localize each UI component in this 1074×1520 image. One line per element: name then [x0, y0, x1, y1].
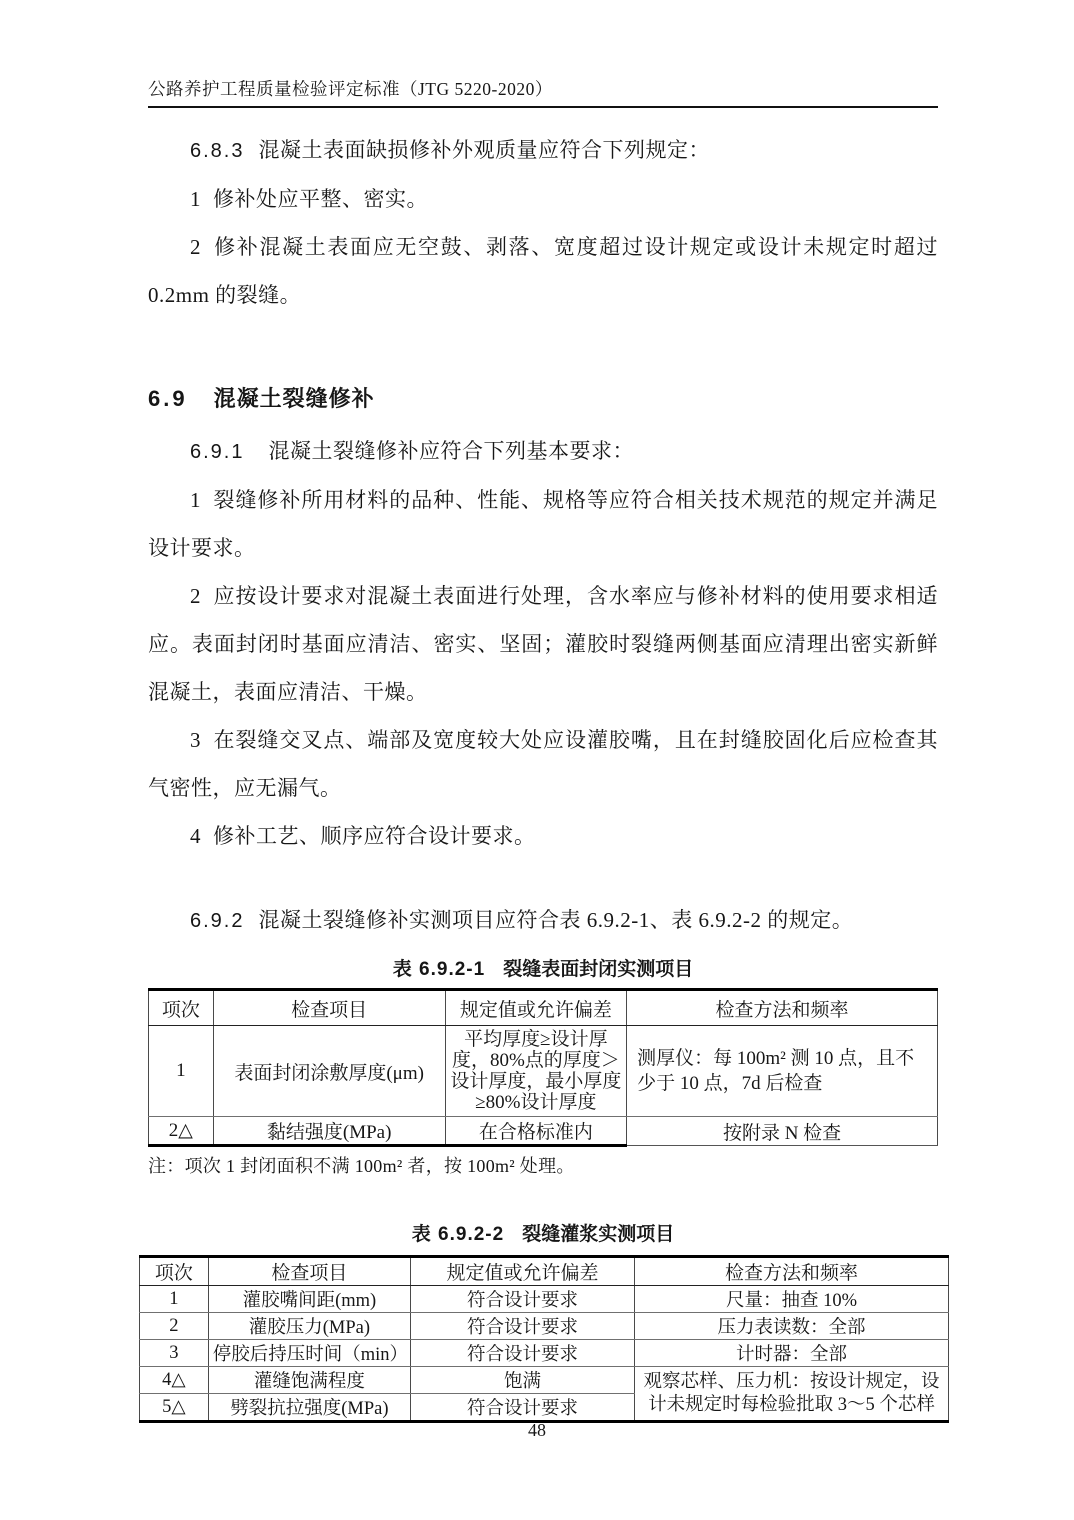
item-6-9-1-4: 4修补工艺、顺序应符合设计要求。 [148, 812, 938, 860]
table-crack-grouting: 项次 检查项目 规定值或允许偏差 检查方法和频率 1 灌胶嘴间距(mm) 符合设… [139, 1255, 949, 1423]
clause-text: 混凝土裂缝修补实测项目应符合表 6.9.2-1、表 6.9.2-2 的规定。 [258, 908, 853, 932]
header-title: 公路养护工程质量检验评定标准（JTG 5220-2020） [148, 79, 553, 99]
item-6-9-1-3: 3在裂缝交叉点、端部及宽度较大处应设灌胶嘴，且在封缝胶固化后应检查其气密性，应无… [148, 716, 938, 812]
page-content: 6.8.3混凝土表面缺损修补外观质量应符合下列规定： 1修补处应平整、密实。 2… [148, 100, 938, 1423]
cell-spec: 符合设计要求 [411, 1286, 635, 1313]
table-row: 4△ 灌缝饱满程度 饱满 观察芯样、压力机：按设计规定，设计未规定时每检验批取 … [140, 1367, 949, 1394]
col-header-item-no: 项次 [140, 1257, 209, 1286]
cell-spec: 在合格标准内 [445, 1117, 626, 1146]
cell-item-no: 4△ [140, 1367, 209, 1394]
cell-check-item: 灌缝饱满程度 [208, 1367, 410, 1394]
table-1-caption: 表 6.9.2-1裂缝表面封闭实测项目 [148, 957, 938, 983]
cell-check-item: 表面封闭涂敷厚度(μm) [213, 1026, 445, 1117]
table-2-caption-title: 裂缝灌浆实测项目 [522, 1224, 674, 1245]
col-header-method: 检查方法和频率 [635, 1257, 949, 1286]
item-6-8-3-2: 2修补混凝土表面应无空鼓、剥落、宽度超过设计规定或设计未规定时超过 0.2mm … [148, 223, 938, 319]
table-1-caption-number: 表 6.9.2-1 [393, 959, 485, 980]
table-1-caption-title: 裂缝表面封闭实测项目 [503, 959, 693, 980]
clause-number: 6.9.2 [190, 910, 244, 932]
table-1-note: 注：项次 1 封闭面积不满 100m² 者，按 100m² 处理。 [148, 1154, 938, 1178]
col-header-check-item: 检查项目 [213, 990, 445, 1026]
table-row-header: 项次 检查项目 规定值或允许偏差 检查方法和频率 [140, 1257, 949, 1286]
clause-6-9-1: 6.9.1混凝土裂缝修补应符合下列基本要求： [148, 427, 938, 476]
cell-method: 压力表读数：全部 [635, 1313, 949, 1340]
item-text: 应按设计要求对混凝土表面进行处理，含水率应与修补材料的使用要求相适应。表面封闭时… [148, 584, 938, 704]
cell-check-item: 灌胶嘴间距(mm) [208, 1286, 410, 1313]
clause-6-8-3: 6.8.3混凝土表面缺损修补外观质量应符合下列规定： [148, 126, 938, 175]
item-text: 裂缝修补所用材料的品种、性能、规格等应符合相关技术规范的规定并满足设计要求。 [148, 488, 938, 560]
cell-item-no: 1 [149, 1026, 214, 1117]
section-title: 混凝土裂缝修补 [214, 386, 375, 411]
item-6-8-3-1: 1修补处应平整、密实。 [148, 175, 938, 223]
item-number: 2 [190, 584, 201, 608]
clause-number: 6.9.1 [190, 441, 244, 463]
clause-6-9-2: 6.9.2混凝土裂缝修补实测项目应符合表 6.9.2-1、表 6.9.2-2 的… [148, 896, 938, 945]
cell-method: 计时器：全部 [635, 1340, 949, 1367]
item-number: 4 [190, 824, 201, 848]
document-page: 公路养护工程质量检验评定标准（JTG 5220-2020） 6.8.3混凝土表面… [0, 0, 1074, 1520]
col-header-method: 检查方法和频率 [627, 990, 938, 1026]
col-header-spec: 规定值或允许偏差 [445, 990, 626, 1026]
section-heading-6-9: 6.9混凝土裂缝修补 [148, 375, 938, 423]
item-text: 修补工艺、顺序应符合设计要求。 [213, 824, 536, 848]
item-number: 2 [190, 235, 201, 259]
table-row: 2△ 黏结强度(MPa) 在合格标准内 按附录 N 检查 [149, 1117, 938, 1146]
clause-number: 6.8.3 [190, 140, 244, 162]
cell-spec: 符合设计要求 [411, 1340, 635, 1367]
cell-check-item: 黏结强度(MPa) [213, 1117, 445, 1146]
item-text: 在裂缝交叉点、端部及宽度较大处应设灌胶嘴，且在封缝胶固化后应检查其气密性，应无漏… [148, 728, 938, 800]
cell-method: 测厚仪：每 100m² 测 10 点，且不少于 10 点，7d 后检查 [627, 1026, 938, 1117]
col-header-check-item: 检查项目 [208, 1257, 410, 1286]
cell-spec: 饱满 [411, 1367, 635, 1394]
cell-item-no: 5△ [140, 1394, 209, 1422]
cell-item-no: 3 [140, 1340, 209, 1367]
clause-text: 混凝土表面缺损修补外观质量应符合下列规定： [258, 138, 710, 162]
item-number: 1 [190, 488, 201, 512]
item-6-9-1-1: 1裂缝修补所用材料的品种、性能、规格等应符合相关技术规范的规定并满足设计要求。 [148, 476, 938, 572]
cell-item-no: 1 [140, 1286, 209, 1313]
table-crack-surface-sealing: 项次 检查项目 规定值或允许偏差 检查方法和频率 1 表面封闭涂敷厚度(μm) … [148, 988, 938, 1147]
col-header-spec: 规定值或允许偏差 [411, 1257, 635, 1286]
cell-method: 按附录 N 检查 [627, 1117, 938, 1146]
table-row: 2 灌胶压力(MPa) 符合设计要求 压力表读数：全部 [140, 1313, 949, 1340]
cell-check-item: 停胶后持压时间（min） [208, 1340, 410, 1367]
table-row: 3 停胶后持压时间（min） 符合设计要求 计时器：全部 [140, 1340, 949, 1367]
item-number: 3 [190, 728, 201, 752]
table-row-header: 项次 检查项目 规定值或允许偏差 检查方法和频率 [149, 990, 938, 1026]
cell-check-item: 劈裂抗拉强度(MPa) [208, 1394, 410, 1422]
cell-check-item: 灌胶压力(MPa) [208, 1313, 410, 1340]
cell-method: 尺量：抽查 10% [635, 1286, 949, 1313]
item-text: 修补处应平整、密实。 [213, 187, 428, 211]
cell-method-merged: 观察芯样、压力机：按设计规定，设计未规定时每检验批取 3～5 个芯样 [635, 1367, 949, 1422]
clause-text: 混凝土裂缝修补应符合下列基本要求： [268, 439, 634, 463]
cell-item-no: 2 [140, 1313, 209, 1340]
col-header-item-no: 项次 [149, 990, 214, 1026]
page-number: 48 [0, 1420, 1074, 1441]
section-number: 6.9 [148, 386, 188, 411]
item-number: 1 [190, 187, 201, 211]
table-2-caption: 表 6.9.2-2裂缝灌浆实测项目 [148, 1222, 938, 1248]
table-2-caption-number: 表 6.9.2-2 [412, 1224, 504, 1245]
item-text: 修补混凝土表面应无空鼓、剥落、宽度超过设计规定或设计未规定时超过 0.2mm 的… [148, 235, 938, 307]
item-6-9-1-2: 2应按设计要求对混凝土表面进行处理，含水率应与修补材料的使用要求相适应。表面封闭… [148, 572, 938, 716]
cell-item-no: 2△ [149, 1117, 214, 1146]
cell-spec: 平均厚度≥设计厚度，80%点的厚度＞设计厚度，最小厚度≥80%设计厚度 [445, 1026, 626, 1117]
table-row: 1 表面封闭涂敷厚度(μm) 平均厚度≥设计厚度，80%点的厚度＞设计厚度，最小… [149, 1026, 938, 1117]
table-row: 1 灌胶嘴间距(mm) 符合设计要求 尺量：抽查 10% [140, 1286, 949, 1313]
cell-spec: 符合设计要求 [411, 1394, 635, 1422]
cell-spec: 符合设计要求 [411, 1313, 635, 1340]
